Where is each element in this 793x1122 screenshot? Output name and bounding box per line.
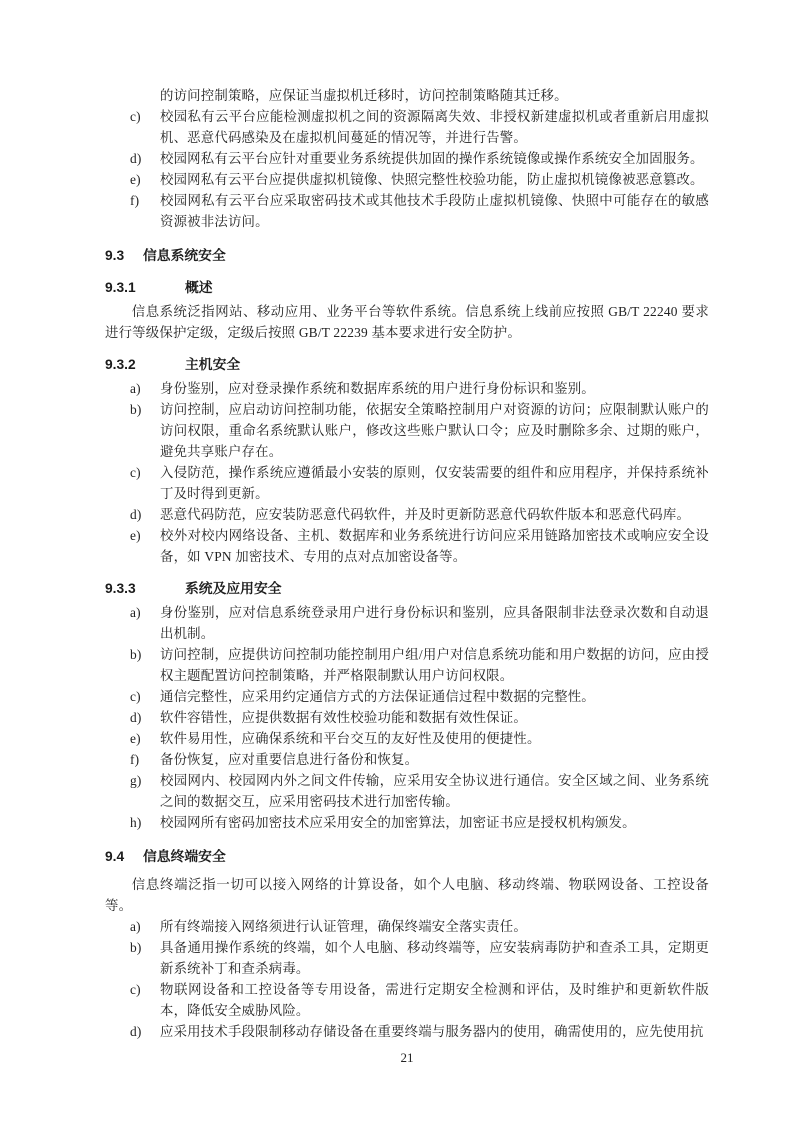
section-9-4-intro: 信息终端泛指一切可以接入网络的计算设备，如个人电脑、移动终端、物联网设备、工控设… xyxy=(105,874,709,916)
list-item: f) 备份恢复，应对重要信息进行备份和恢复。 xyxy=(105,749,709,770)
list-item-label: e) xyxy=(130,169,160,190)
carryover-line: 的访问控制策略，应保证当虚拟机迁移时，访问控制策略随其迁移。 xyxy=(160,85,709,106)
section-title: 信息系统安全 xyxy=(143,248,226,263)
list-item-label: d) xyxy=(130,148,160,169)
list-item-label: f) xyxy=(130,190,160,211)
list-item-label: a) xyxy=(130,916,160,937)
list-item-label: c) xyxy=(130,462,160,483)
list-item: b) 具备通用操作系统的终端，如个人电脑、移动终端等，应安装病毒防护和查杀工具，… xyxy=(105,937,709,979)
list-item-text: 校园网所有密码加密技术应采用安全的加密算法，加密证书应是授权机构颁发。 xyxy=(160,812,709,833)
list-item-label: a) xyxy=(130,602,160,623)
list-item: d) 校园网私有云平台应针对重要业务系统提供加固的操作系统镜像或操作系统安全加固… xyxy=(105,148,709,169)
list-item-label: a) xyxy=(130,378,160,399)
section-title: 系统及应用安全 xyxy=(185,581,282,596)
page-number: 21 xyxy=(105,1049,709,1067)
document-page: 的访问控制策略，应保证当虚拟机迁移时，访问控制策略随其迁移。 c) 校园私有云平… xyxy=(0,0,793,1122)
list-item-label: e) xyxy=(130,525,160,546)
section-number: 9.3.3 xyxy=(105,578,185,599)
list-item-label: f) xyxy=(130,749,160,770)
list-item-text: 软件容错性，应提供数据有效性校验功能和数据有效性保证。 xyxy=(160,707,709,728)
section-title: 主机安全 xyxy=(185,357,240,372)
list-item: b) 访问控制，应提供访问控制功能控制用户组/用户对信息系统功能和用户数据的访问… xyxy=(105,644,709,686)
section-number: 9.3 xyxy=(105,245,143,266)
list-item-text: 应采用技术手段限制移动存储设备在重要终端与服务器内的使用，确需使用的，应先使用抗 xyxy=(160,1021,709,1042)
list-item: h) 校园网所有密码加密技术应采用安全的加密算法，加密证书应是授权机构颁发。 xyxy=(105,812,709,833)
list-item-text: 软件易用性，应确保系统和平台交互的友好性及使用的便捷性。 xyxy=(160,728,709,749)
cloud-platform-list: c) 校园私有云平台应能检测虚拟机之间的资源隔离失效、非授权新建虚拟机或者重新启… xyxy=(105,106,709,232)
list-item: d) 应采用技术手段限制移动存储设备在重要终端与服务器内的使用，确需使用的，应先… xyxy=(105,1021,709,1042)
list-item-text: 校园网私有云平台应采取密码技术或其他技术手段防止虚拟机镜像、快照中可能存在的敏感… xyxy=(160,190,709,232)
list-item-text: 校园网私有云平台应提供虚拟机镜像、快照完整性校验功能，防止虚拟机镜像被恶意篡改。 xyxy=(160,169,709,190)
list-item: a) 所有终端接入网络须进行认证管理，确保终端安全落实责任。 xyxy=(105,916,709,937)
section-number: 9.3.2 xyxy=(105,354,185,375)
list-item: d) 软件容错性，应提供数据有效性校验功能和数据有效性保证。 xyxy=(105,707,709,728)
section-heading-9-3-3: 9.3.3系统及应用安全 xyxy=(105,578,709,599)
section-title: 信息终端安全 xyxy=(143,849,226,864)
section-9-3-1-paragraph: 信息系统泛指网站、移动应用、业务平台等软件系统。信息系统上线前应按照 GB/T … xyxy=(105,301,709,343)
section-number: 9.3.1 xyxy=(105,277,185,298)
list-item-label: c) xyxy=(130,979,160,1000)
list-item: c) 校园私有云平台应能检测虚拟机之间的资源隔离失效、非授权新建虚拟机或者重新启… xyxy=(105,106,709,148)
list-item-text: 恶意代码防范，应安装防恶意代码软件，并及时更新防恶意代码软件版本和恶意代码库。 xyxy=(160,504,709,525)
list-item-text: 访问控制，应启动访问控制功能，依据安全策略控制用户对资源的访问；应限制默认账户的… xyxy=(160,399,709,462)
list-item-text: 访问控制，应提供访问控制功能控制用户组/用户对信息系统功能和用户数据的访问，应由… xyxy=(160,644,709,686)
list-item-text: 校园私有云平台应能检测虚拟机之间的资源隔离失效、非授权新建虚拟机或者重新启用虚拟… xyxy=(160,106,709,148)
list-item: f) 校园网私有云平台应采取密码技术或其他技术手段防止虚拟机镜像、快照中可能存在… xyxy=(105,190,709,232)
section-9-4-list: a) 所有终端接入网络须进行认证管理，确保终端安全落实责任。 b) 具备通用操作… xyxy=(105,916,709,1042)
section-number: 9.4 xyxy=(105,846,143,867)
list-item-text: 具备通用操作系统的终端，如个人电脑、移动终端等，应安装病毒防护和查杀工具，定期更… xyxy=(160,937,709,979)
section-title: 概述 xyxy=(185,280,213,295)
list-item: c) 通信完整性，应采用约定通信方式的方法保证通信过程中数据的完整性。 xyxy=(105,686,709,707)
section-9-3-3-list: a) 身份鉴别，应对信息系统登录用户进行身份标识和鉴别，应具备限制非法登录次数和… xyxy=(105,602,709,833)
list-item-label: d) xyxy=(130,504,160,525)
list-item-label: b) xyxy=(130,399,160,420)
list-item-text: 校外对校内网络设备、主机、数据库和业务系统进行访问应采用链路加密技术或响应安全设… xyxy=(160,525,709,567)
list-item-text: 物联网设备和工控设备等专用设备，需进行定期安全检测和评估，及时维护和更新软件版本… xyxy=(160,979,709,1021)
list-item-label: e) xyxy=(130,728,160,749)
list-item-label: b) xyxy=(130,937,160,958)
list-item: e) 校园网私有云平台应提供虚拟机镜像、快照完整性校验功能，防止虚拟机镜像被恶意… xyxy=(105,169,709,190)
list-item-label: b) xyxy=(130,644,160,665)
list-item: a) 身份鉴别，应对信息系统登录用户进行身份标识和鉴别，应具备限制非法登录次数和… xyxy=(105,602,709,644)
list-item: e) 校外对校内网络设备、主机、数据库和业务系统进行访问应采用链路加密技术或响应… xyxy=(105,525,709,567)
list-item: b) 访问控制，应启动访问控制功能，依据安全策略控制用户对资源的访问；应限制默认… xyxy=(105,399,709,462)
section-heading-9-3-2: 9.3.2主机安全 xyxy=(105,354,709,375)
list-item-label: d) xyxy=(130,707,160,728)
list-item-label: h) xyxy=(130,812,160,833)
list-item-text: 备份恢复，应对重要信息进行备份和恢复。 xyxy=(160,749,709,770)
list-item: c) 物联网设备和工控设备等专用设备，需进行定期安全检测和评估，及时维护和更新软… xyxy=(105,979,709,1021)
list-item-text: 身份鉴别，应对登录操作系统和数据库系统的用户进行身份标识和鉴别。 xyxy=(160,378,709,399)
section-heading-9-3-1: 9.3.1概述 xyxy=(105,277,709,298)
list-item-text: 身份鉴别，应对信息系统登录用户进行身份标识和鉴别，应具备限制非法登录次数和自动退… xyxy=(160,602,709,644)
list-item: d) 恶意代码防范，应安装防恶意代码软件，并及时更新防恶意代码软件版本和恶意代码… xyxy=(105,504,709,525)
list-item-label: c) xyxy=(130,106,160,127)
list-item-label: g) xyxy=(130,770,160,791)
list-item-text: 通信完整性，应采用约定通信方式的方法保证通信过程中数据的完整性。 xyxy=(160,686,709,707)
list-item-text: 校园网私有云平台应针对重要业务系统提供加固的操作系统镜像或操作系统安全加固服务。 xyxy=(160,148,709,169)
list-item-text: 入侵防范，操作系统应遵循最小安装的原则，仅安装需要的组件和应用程序，并保持系统补… xyxy=(160,462,709,504)
list-item: e) 软件易用性，应确保系统和平台交互的友好性及使用的便捷性。 xyxy=(105,728,709,749)
list-item-text: 所有终端接入网络须进行认证管理，确保终端安全落实责任。 xyxy=(160,916,709,937)
list-item: a) 身份鉴别，应对登录操作系统和数据库系统的用户进行身份标识和鉴别。 xyxy=(105,378,709,399)
list-item-text: 校园网内、校园网内外之间文件传输，应采用安全协议进行通信。安全区域之间、业务系统… xyxy=(160,770,709,812)
section-heading-9-4: 9.4信息终端安全 xyxy=(105,846,709,867)
list-item: c) 入侵防范，操作系统应遵循最小安装的原则，仅安装需要的组件和应用程序，并保持… xyxy=(105,462,709,504)
list-item-label: d) xyxy=(130,1021,160,1042)
section-9-3-2-list: a) 身份鉴别，应对登录操作系统和数据库系统的用户进行身份标识和鉴别。 b) 访… xyxy=(105,378,709,567)
list-item: g) 校园网内、校园网内外之间文件传输，应采用安全协议进行通信。安全区域之间、业… xyxy=(105,770,709,812)
list-item-label: c) xyxy=(130,686,160,707)
section-heading-9-3: 9.3信息系统安全 xyxy=(105,245,709,266)
